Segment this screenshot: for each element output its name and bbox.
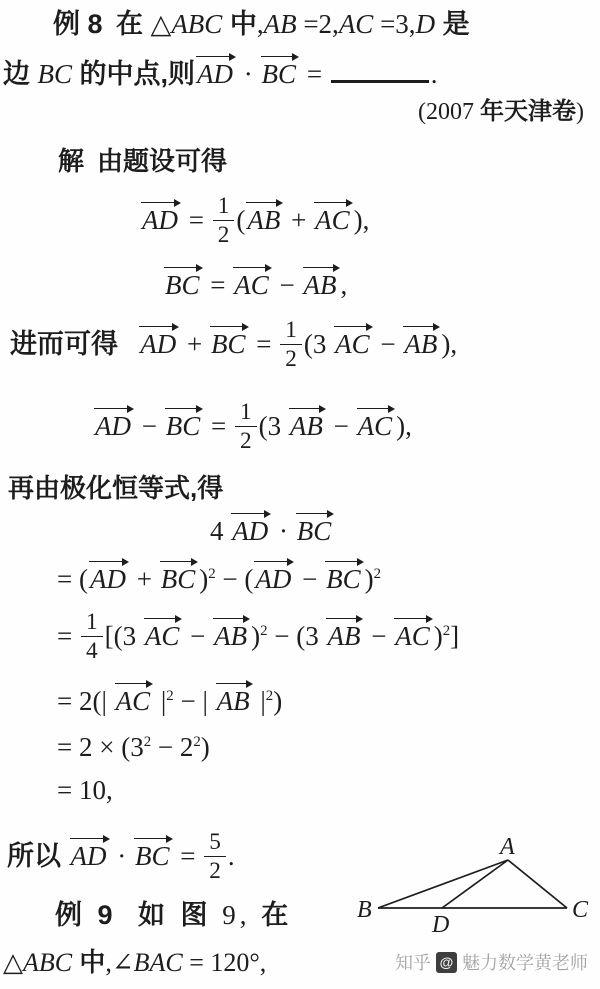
math-text: ABC — [23, 948, 72, 977]
vector-arrow-icon — [296, 509, 335, 518]
vector-arrow-icon — [246, 198, 283, 207]
math-text: = — [250, 329, 279, 359]
chinese-text: 解 — [58, 146, 84, 176]
chinese-text: 年天津卷 — [480, 98, 576, 125]
eq-quarter-brackets: = 14[(3 AC − AB)2 − (3 AB − AC)2] — [57, 612, 459, 666]
vector-arrow-icon — [196, 52, 236, 61]
vector-arrow-icon — [165, 404, 204, 413]
vector-symbol: BC — [295, 508, 336, 545]
math-text — [118, 329, 138, 359]
vector-arrow-icon — [334, 322, 373, 331]
vector-arrow-icon — [325, 557, 364, 566]
math-text: AB — [264, 9, 297, 39]
superscript: 2 — [144, 734, 151, 750]
fraction-denominator: 2 — [213, 221, 235, 247]
vector-arrow-icon — [164, 263, 203, 272]
math-text: | — [154, 686, 166, 716]
vector-symbol: BC — [159, 556, 200, 593]
vector-arrow-icon — [289, 404, 326, 413]
triangle-lines — [378, 860, 567, 908]
vector-symbol: AC — [393, 613, 434, 650]
chinese-text: 例 8 — [53, 9, 103, 39]
vector-arrow-icon — [233, 263, 272, 272]
document-page: 例 8 在 △ABC 中,AB =2,AC =3,D 是边 BC 的中点,则AD… — [0, 0, 600, 989]
math-text: = — [300, 59, 329, 89]
superscript: 2 — [208, 566, 215, 582]
chinese-text: 所以 — [7, 841, 69, 871]
source-attribution: (2007 年天津卷) — [418, 97, 584, 127]
math-text: − — [374, 329, 403, 359]
superscript: 2 — [374, 566, 381, 582]
vertex-label-c: C — [572, 897, 589, 923]
eq-result-10: = 10, — [57, 774, 113, 808]
math-text: ) — [434, 621, 443, 651]
vector-symbol: AD — [230, 508, 272, 545]
fraction-denominator: 2 — [280, 345, 302, 371]
math-text: =3, — [373, 9, 415, 39]
superscript: 2 — [193, 734, 200, 750]
math-text: − — [327, 411, 356, 441]
vector-symbol: AB — [215, 678, 254, 715]
math-text: (3 — [259, 411, 288, 441]
math-text: (3 — [304, 329, 333, 359]
vector-arrow-icon — [89, 557, 129, 566]
chinese-text: 边 — [3, 59, 38, 89]
triangle-figure: A B C D — [352, 832, 596, 940]
math-text: ( — [236, 205, 245, 235]
vector-arrow-icon — [70, 834, 110, 843]
math-text: = — [57, 621, 79, 651]
math-text: ) — [273, 686, 282, 716]
math-text: 9, — [212, 900, 262, 930]
superscript: 2 — [260, 623, 267, 639]
polarization-identity-note: 再由极化恒等式,得 — [8, 472, 223, 506]
vector-arrow-icon — [134, 834, 173, 843]
fraction-numerator: 1 — [280, 318, 302, 345]
vertex-label-b: B — [357, 897, 372, 923]
math-text: 4 — [210, 516, 230, 546]
math-text: · — [237, 59, 260, 89]
vector-symbol: AD — [140, 197, 182, 234]
math-text: ), — [354, 205, 370, 235]
math-text: − | — [174, 686, 215, 716]
math-text: ] — [450, 621, 459, 651]
vector-arrow-icon — [141, 198, 181, 207]
fraction: 52 — [204, 830, 226, 884]
math-text: ) — [365, 564, 374, 594]
watermark-author: 魅力数学黄老师 — [462, 949, 588, 975]
math-text: = — [182, 205, 211, 235]
math-text: = 2(| — [57, 686, 114, 716]
math-text: [(3 — [105, 621, 143, 651]
math-text: = — [204, 270, 233, 300]
vector-symbol: BC — [260, 51, 301, 88]
math-text: | — [254, 686, 266, 716]
chinese-text: 在 — [116, 9, 151, 39]
chinese-text: 再由极化恒等式,得 — [8, 473, 223, 503]
fraction: 14 — [81, 610, 103, 664]
math-text: , — [341, 270, 348, 300]
vector-symbol: AD — [138, 321, 180, 358]
fraction-numerator: 1 — [81, 610, 103, 637]
math-text: = — [204, 411, 233, 441]
superscript: 2 — [166, 688, 173, 704]
eq-bc-definition: BC = AC − AB, — [163, 262, 347, 303]
fraction-numerator: 1 — [235, 400, 257, 427]
watermark-site: 知乎 — [395, 949, 431, 975]
vector-symbol: AD — [93, 403, 135, 440]
fraction-numerator: 5 — [204, 830, 226, 857]
problem-statement-line-2: 边 BC 的中点,则AD · BC = . — [3, 51, 438, 92]
eq-ad-definition: AD = 12(AB + AC), — [140, 196, 369, 250]
fraction-denominator: 4 — [81, 637, 103, 663]
math-text: (2007 — [418, 99, 480, 125]
chinese-text: 进而可得 — [10, 329, 118, 359]
math-text: − 2 — [151, 732, 193, 762]
vector-symbol: AB — [325, 613, 364, 650]
math-text: · — [111, 841, 134, 871]
vector-symbol: AB — [212, 613, 251, 650]
eq-sum: 进而可得 AD + BC = 12(3 AC − AB), — [10, 320, 457, 374]
math-text: BAC — [134, 948, 183, 977]
eq-square-expansion: = (AD + BC)2 − (AD − BC)2 — [57, 556, 381, 597]
vertex-label-d: D — [431, 912, 449, 938]
eq-magnitudes: = 2(| AC |2 − | AB |2) — [57, 678, 282, 719]
math-text: − — [295, 564, 324, 594]
watermark-at-icon: @ — [436, 952, 457, 973]
vector-symbol: AB — [302, 262, 341, 299]
math-text: . — [228, 841, 235, 871]
vector-arrow-icon — [210, 322, 249, 331]
math-text: ) — [199, 564, 208, 594]
math-text: = 120°, — [183, 948, 267, 977]
vector-arrow-icon — [144, 614, 183, 623]
math-text: AC — [339, 9, 374, 39]
vector-symbol: AD — [69, 833, 111, 870]
chinese-text: 如 图 — [138, 900, 212, 930]
math-text: + — [180, 329, 209, 359]
math-text: D — [416, 9, 436, 39]
vector-symbol: BC — [324, 556, 365, 593]
vector-symbol: AB — [288, 403, 327, 440]
vector-arrow-icon — [357, 404, 396, 413]
vector-symbol: BC — [163, 262, 204, 299]
conclusion: 所以 AD · BC = 52. — [7, 832, 235, 886]
vector-arrow-icon — [216, 679, 253, 688]
fraction-denominator: 2 — [235, 427, 257, 453]
example9-intro-line-1: 例 9 如 图 9, 在 — [55, 899, 292, 933]
math-text: △ — [151, 9, 172, 39]
math-text: − — [183, 621, 212, 651]
fraction: 12 — [213, 194, 235, 248]
vector-arrow-icon — [314, 198, 353, 207]
chinese-text: 是 — [435, 9, 470, 39]
vector-symbol: AC — [114, 678, 155, 715]
answer-blank — [331, 78, 429, 83]
vector-arrow-icon — [115, 679, 154, 688]
vector-arrow-icon — [213, 614, 250, 623]
math-text: = 2 × (3 — [57, 732, 144, 762]
math-text — [103, 9, 117, 39]
vector-symbol: AD — [195, 51, 237, 88]
chinese-text: 中 — [72, 947, 105, 977]
vector-symbol: AC — [232, 262, 273, 299]
vector-symbol: BC — [133, 833, 174, 870]
fraction: 12 — [280, 318, 302, 372]
vector-arrow-icon — [160, 557, 199, 566]
chinese-text: 例 9 — [55, 900, 117, 930]
vector-symbol: AB — [402, 321, 441, 358]
math-text: . — [431, 59, 438, 89]
vector-symbol: AC — [143, 613, 184, 650]
math-text: − — [273, 270, 302, 300]
vector-arrow-icon — [303, 263, 340, 272]
math-text: ) — [576, 99, 584, 125]
math-text: △ — [3, 948, 23, 977]
vector-symbol: AC — [356, 403, 397, 440]
math-text: ) — [251, 621, 260, 651]
math-text: = 10, — [57, 775, 113, 805]
vector-arrow-icon — [231, 509, 271, 518]
fraction-denominator: 2 — [204, 857, 226, 883]
eq-4ad-dot-bc: 4 AD · BC — [210, 508, 335, 549]
math-text — [84, 147, 97, 176]
math-text: ) — [201, 732, 210, 762]
math-text: = — [174, 841, 203, 871]
chinese-text: 中 — [222, 9, 257, 39]
chinese-text: 在 — [261, 900, 292, 930]
solution-label: 解 由题设可得 — [58, 145, 227, 179]
math-text: − (3 — [268, 621, 326, 651]
eq-difference: AD − BC = 12(3 AB − AC), — [93, 402, 412, 456]
vector-arrow-icon — [139, 322, 179, 331]
vector-arrow-icon — [261, 52, 300, 61]
math-text: · — [272, 516, 295, 546]
math-text: − ( — [216, 564, 254, 594]
math-text: , — [257, 9, 264, 39]
math-text: − — [364, 621, 393, 651]
vector-symbol: AC — [333, 321, 374, 358]
math-text — [117, 900, 139, 930]
fraction: 12 — [235, 400, 257, 454]
vector-symbol: AD — [88, 556, 130, 593]
chinese-text: 由题设可得 — [97, 146, 227, 176]
math-text: ABC — [171, 9, 222, 39]
vector-symbol: BC — [164, 403, 205, 440]
fraction-numerator: 1 — [213, 194, 235, 221]
math-text: ), — [441, 329, 457, 359]
math-text: = ( — [57, 564, 88, 594]
vector-symbol: AD — [253, 556, 295, 593]
example9-intro-line-2: △ABC 中,∠BAC = 120°, — [3, 946, 266, 980]
math-text: + — [284, 205, 313, 235]
math-text: ), — [396, 411, 412, 441]
vector-symbol: AC — [313, 197, 354, 234]
eq-numeric: = 2 × (32 − 22) — [57, 731, 210, 765]
math-text: BC — [38, 59, 73, 89]
math-text: =2, — [297, 9, 339, 39]
vector-arrow-icon — [326, 614, 363, 623]
vector-arrow-icon — [94, 404, 134, 413]
math-text: ,∠ — [105, 948, 133, 977]
vector-arrow-icon — [403, 322, 440, 331]
vector-symbol: BC — [209, 321, 250, 358]
watermark: 知乎 @ 魅力数学黄老师 — [395, 949, 588, 975]
vector-arrow-icon — [254, 557, 294, 566]
vector-symbol: AB — [245, 197, 284, 234]
problem-statement-line-1: 例 8 在 △ABC 中,AB =2,AC =3,D 是 — [53, 8, 470, 42]
math-text: − — [135, 411, 164, 441]
chinese-text: 的中点,则 — [72, 59, 195, 89]
math-text: + — [130, 564, 159, 594]
vector-arrow-icon — [394, 614, 433, 623]
vertex-label-a: A — [498, 834, 515, 860]
